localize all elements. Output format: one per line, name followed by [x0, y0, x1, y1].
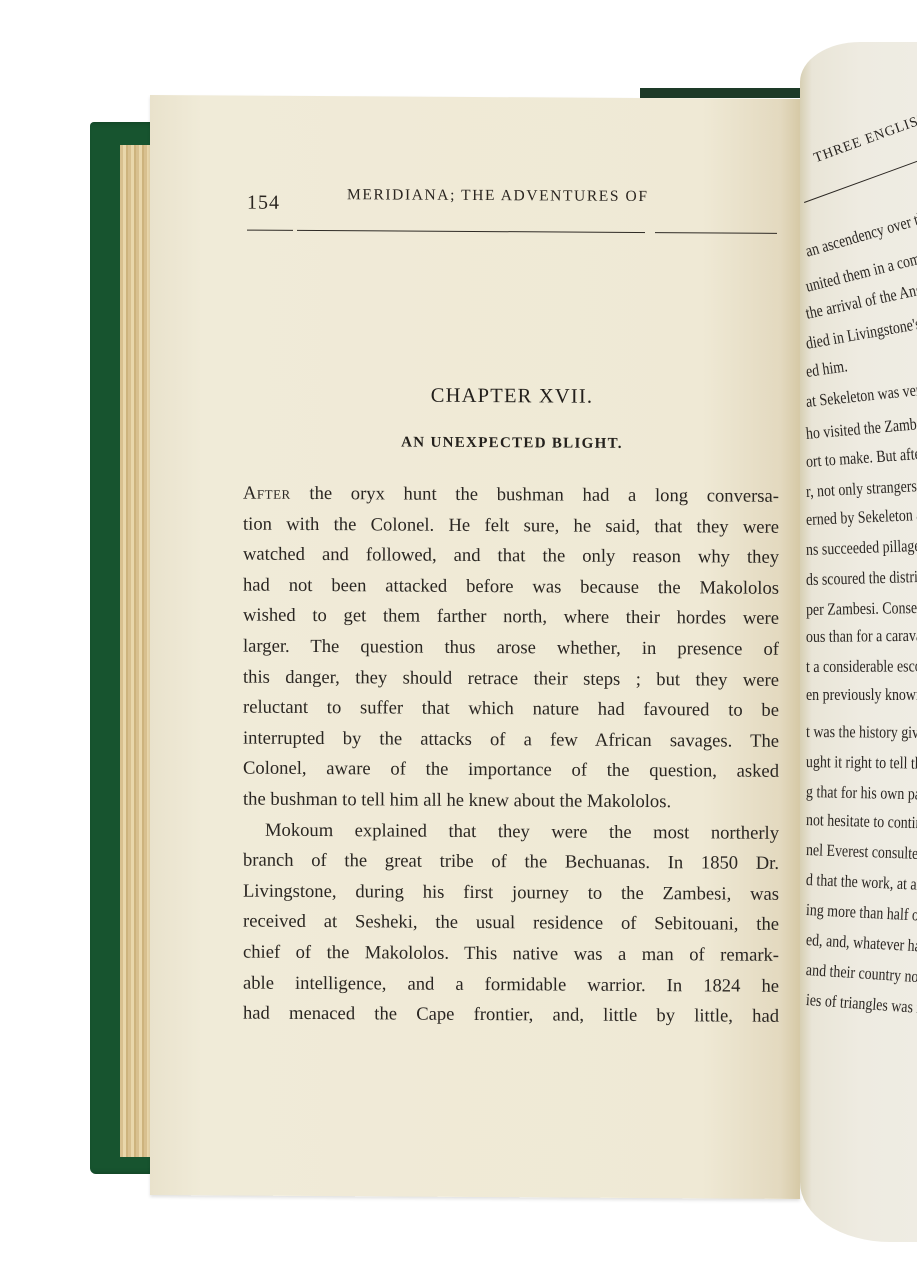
text-line: had not been attacked before was because…	[243, 570, 779, 604]
text-line: had menaced the Cape frontier, and, litt…	[243, 999, 779, 1033]
right-text-line: at Sekeleton was very fr	[805, 378, 917, 412]
right-text-line: ing more than half of	[806, 900, 917, 926]
right-text-line: nel Everest consulted w	[806, 840, 917, 865]
right-text-line: ns succeeded pillage o	[806, 536, 917, 560]
running-title: MERIDIANA; THE ADVENTURES OF	[347, 186, 649, 206]
right-text-line: not hesitate to continue	[806, 810, 917, 834]
page-block-edges	[120, 145, 152, 1157]
right-text-line: t a considerable escort, e	[806, 656, 917, 677]
text-line: wished to get them farther north, where …	[243, 601, 779, 635]
header-rule	[247, 230, 777, 234]
right-text-line: d that the work, at all	[806, 870, 917, 895]
text-line: interrupted by the attacks of a few Afri…	[243, 723, 779, 757]
page-number: 154	[247, 192, 280, 215]
running-head: 154 MERIDIANA; THE ADVENTURES OF	[247, 186, 777, 209]
text-line: Livingstone, during his first journey to…	[243, 876, 779, 910]
right-text-line: ds scoured the district	[806, 567, 917, 590]
text-line: received at Sesheki, the usual residence…	[243, 907, 779, 941]
left-page: 154 MERIDIANA; THE ADVENTURES OF CHAPTER…	[150, 95, 800, 1199]
text-line: Mokoum explained that they were the most…	[243, 815, 779, 849]
text-line: watched and followed, and that the only …	[243, 540, 779, 574]
right-text-line: erned by Sekeleton an	[806, 505, 917, 530]
text-line: able intelligence, and a formidable warr…	[243, 968, 779, 1002]
text-line: Colonel, aware of the importance of the …	[243, 754, 779, 788]
right-text-line: t was the history given	[806, 722, 917, 743]
chapter-subtitle: AN UNEXPECTED BLIGHT.	[247, 434, 777, 454]
right-text-line: ous than for a caravan to	[806, 626, 917, 647]
right-running-title: THREE ENGLISHMEN AND	[812, 86, 917, 167]
body-text: After the oryx hunt the bushman had a lo…	[243, 479, 779, 1033]
right-text-line: ed, and, whatever happene	[805, 930, 917, 958]
right-text-line: ed him.	[805, 356, 849, 382]
right-text-line: ies of triangles was re	[805, 990, 917, 1018]
right-text-line: ught it right to tell th	[806, 752, 917, 774]
text-line: the bushman to tell him all he knew abou…	[243, 785, 779, 819]
text-line: this danger, they should retrace their s…	[243, 662, 779, 696]
text-line: larger. The question thus arose whether,…	[243, 632, 779, 666]
right-text-line: and their country not t	[805, 960, 917, 988]
right-text-line: r, not only strangers bu	[805, 475, 917, 502]
text-line: branch of the great tribe of the Bechuan…	[243, 846, 779, 880]
text-line: After the oryx hunt the bushman had a lo…	[243, 479, 779, 513]
right-text-line: ort to make. But after th	[805, 443, 917, 472]
text-line: reluctant to suffer that which nature ha…	[243, 693, 779, 727]
right-text-line: en previously known.	[806, 685, 917, 705]
text-line: tion with the Colonel. He felt sure, he …	[243, 509, 779, 543]
text-line: chief of the Makololos. This native was …	[243, 937, 779, 971]
right-text-line: ho visited the Zambesi, a	[805, 412, 917, 444]
chapter-title: CHAPTER XVII.	[247, 384, 777, 410]
book-cover-top-edge	[640, 88, 800, 98]
right-text-line: per Zambesi. Conseq	[806, 598, 917, 620]
right-page-curled: THREE ENGLISHMEN AND an ascendency over …	[800, 42, 917, 1242]
right-text-line: g that for his own part (	[806, 782, 917, 805]
drop-word: After	[243, 483, 291, 504]
